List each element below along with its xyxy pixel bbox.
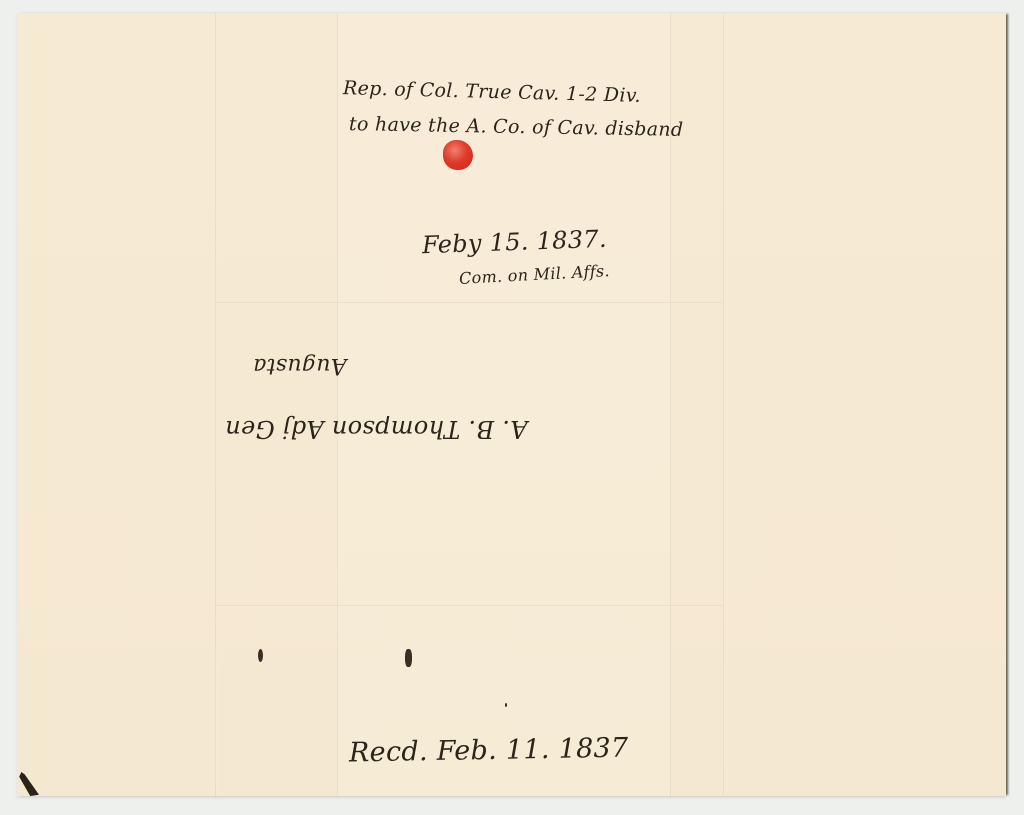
fold-line-horizontal: [215, 302, 723, 304]
corner-stain: [17, 772, 39, 796]
fold-line-vertical: [723, 13, 725, 796]
received-note: Recd. Feb. 11. 1837: [349, 733, 629, 769]
ink-blot: [405, 649, 412, 667]
fold-line-horizontal: [215, 605, 723, 607]
inverted-place-name: Augusta: [253, 353, 347, 378]
ink-blot: [258, 649, 263, 662]
inverted-signature: A. B. Thompson Adj Gen: [225, 415, 528, 443]
fold-line-vertical: [337, 13, 339, 796]
ink-speck: [505, 703, 507, 707]
document-page: Rep. of Col. True Cav. 1-2 Div. to have …: [17, 13, 1006, 796]
wax-seal: [443, 140, 473, 170]
fold-line-vertical: [215, 13, 217, 796]
